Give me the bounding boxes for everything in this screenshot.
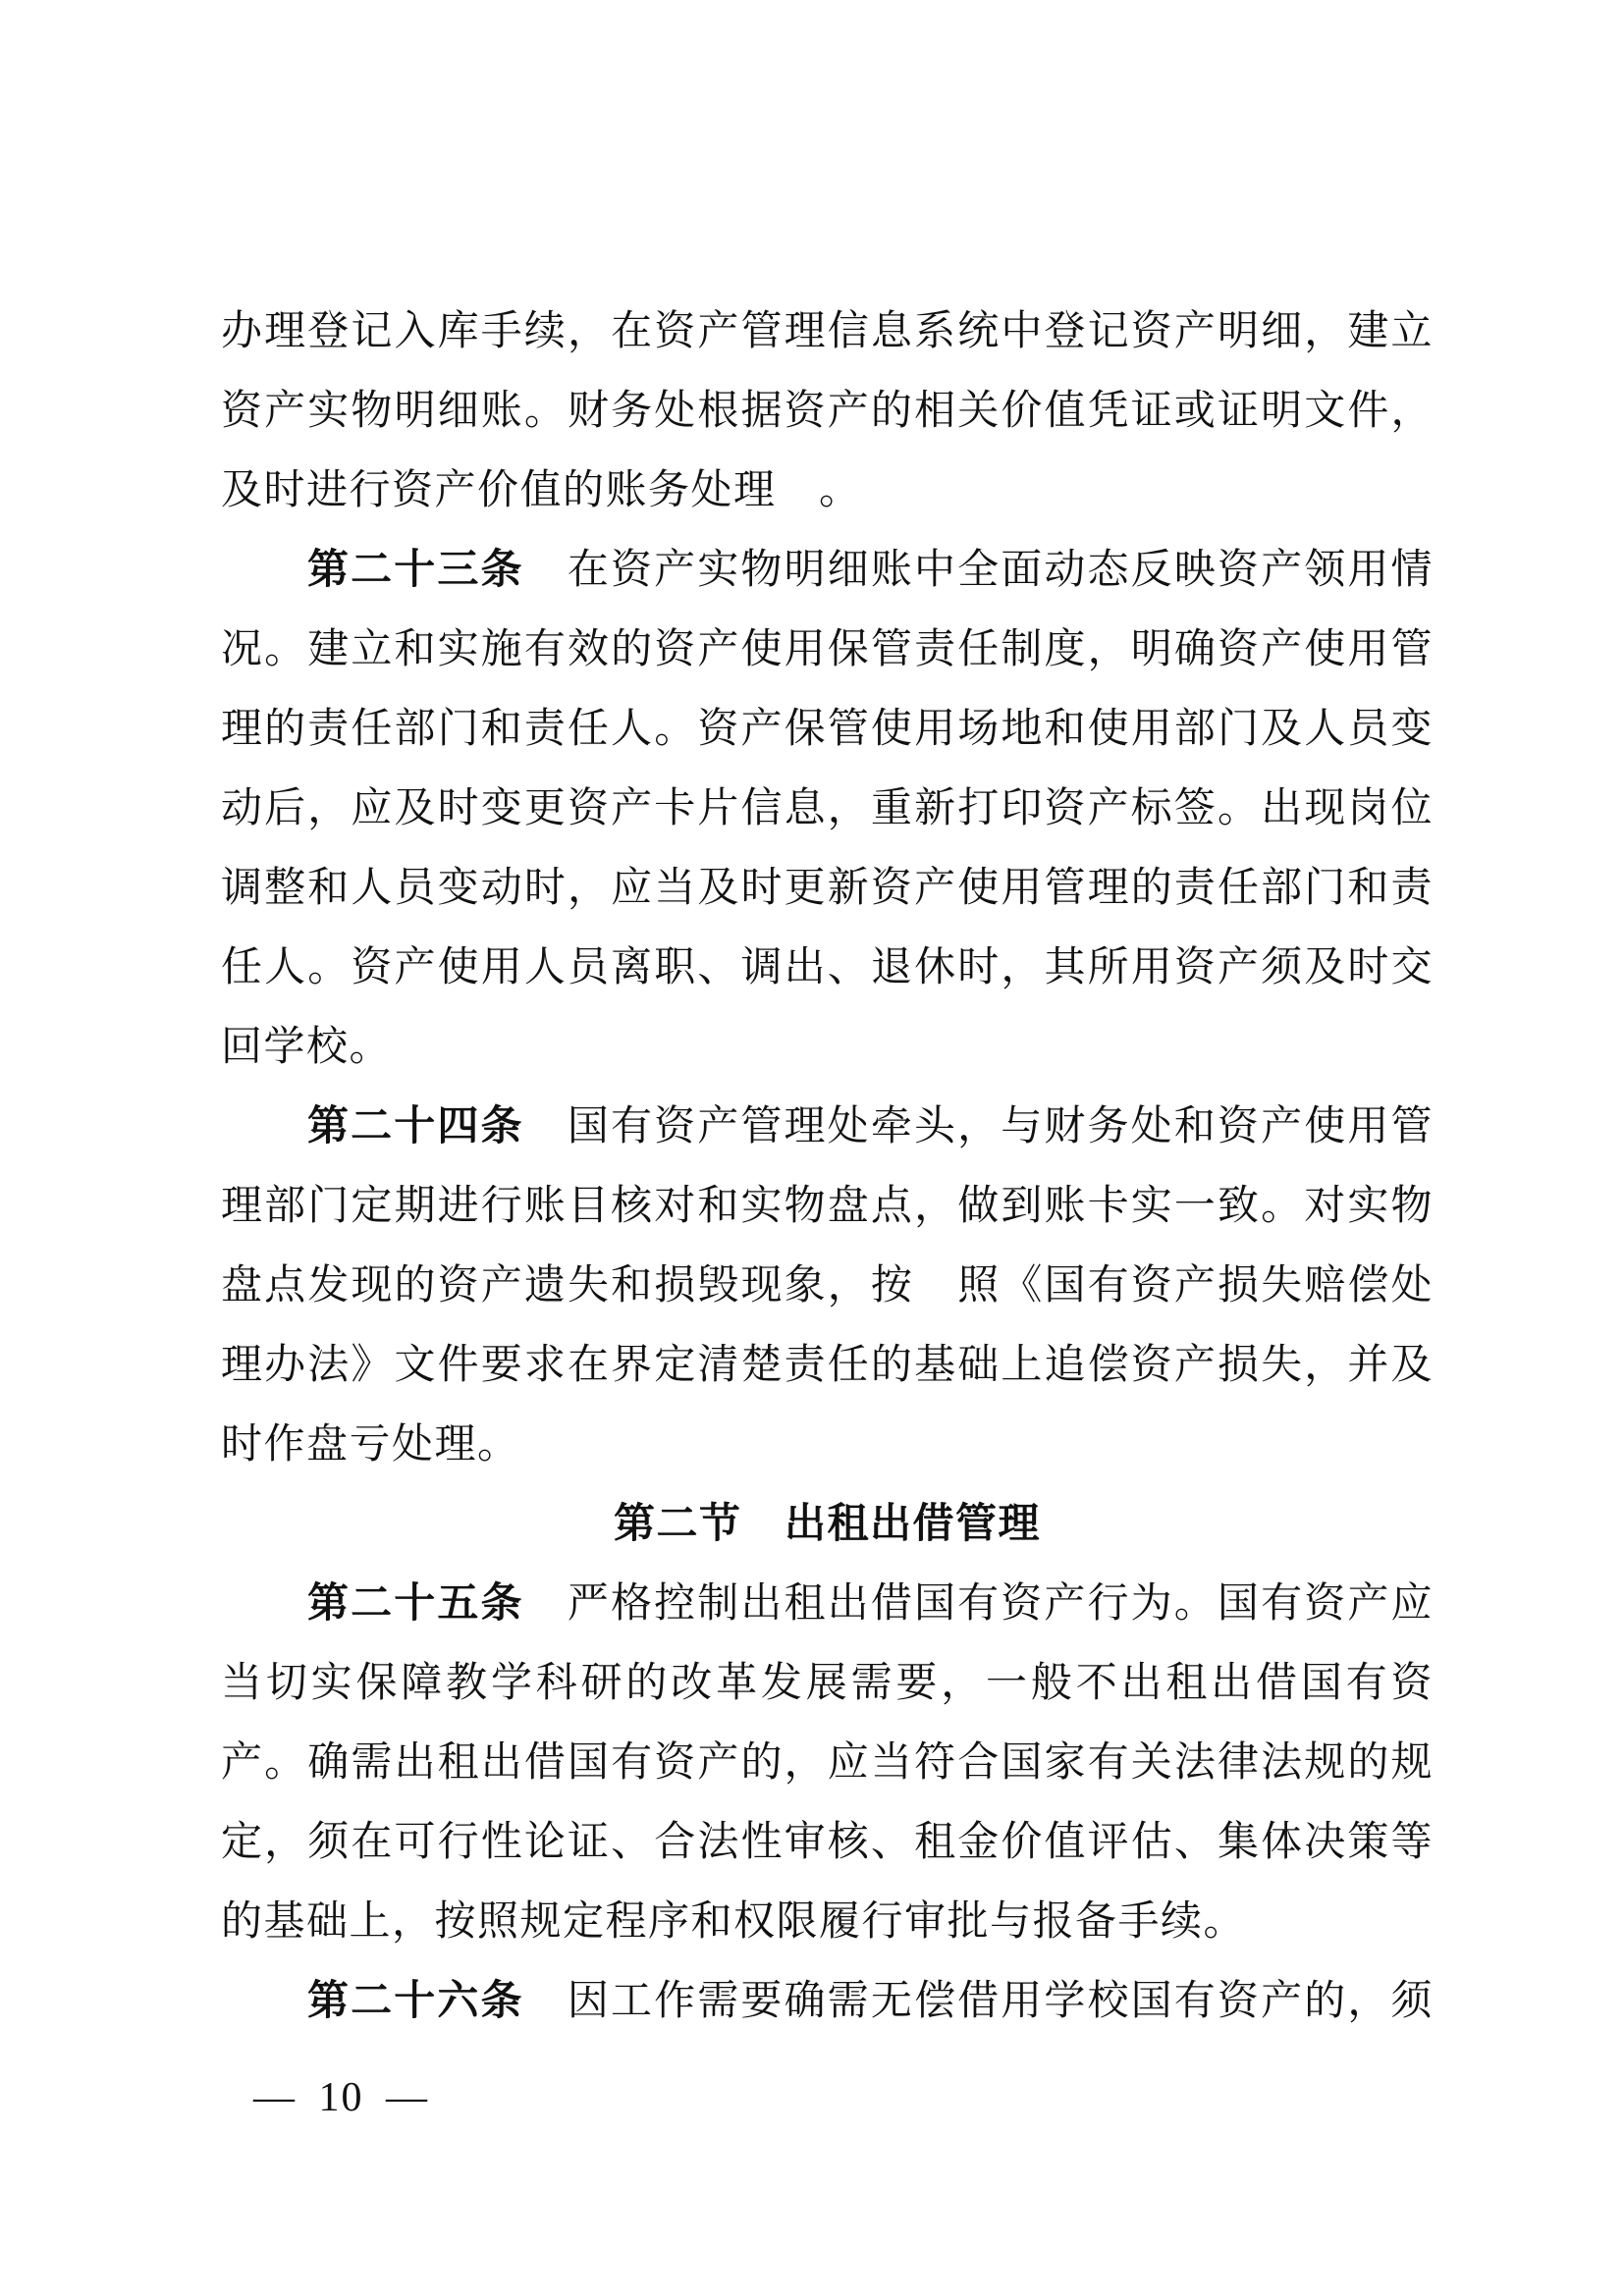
line-text: 及时进行资产价值的账务处理 。 — [221, 468, 862, 513]
line-text: 办理登记入库手续，在资产管理信息系统中登记资产明细，建立 — [221, 309, 1434, 354]
article-number: 第二十五条 — [307, 1581, 524, 1627]
line-text: 任人。资产使用人员离职、调出、退休时，其所用资产须及时交 — [221, 945, 1434, 990]
text-line: 理的责任部门和责任人。资产保管使用场地和使用部门及人员变 — [221, 690, 1434, 770]
text-line: 况。建立和实施有效的资产使用保管责任制度，明确资产使用管 — [221, 611, 1434, 690]
line-text: 盘点发现的资产遗失和损毁现象，按 照《国有资产损失赔偿处 — [221, 1263, 1434, 1308]
line-text: 在资产实物明细账中全面动态反映资产领用情 — [524, 548, 1434, 593]
line-text: 当切实保障教学科研的改革发展需要，一般不出租出借国有资 — [221, 1661, 1434, 1706]
text-line: 的基础上，按照规定程序和权限履行审批与报备手续。 — [221, 1883, 1434, 1962]
article-number: 第二十三条 — [307, 548, 524, 593]
section-heading-text: 第二节 出租出借管理 — [614, 1502, 1041, 1547]
line-text: 定，须在可行性论证、合法性审核、租金价值评估、集体决策等 — [221, 1820, 1434, 1865]
line-text: 调整和人员变动时，应当及时更新资产使用管理的责任部门和责 — [221, 866, 1434, 911]
text-line: 第二十五条 严格控制出租出借国有资产行为。国有资产应 — [221, 1565, 1434, 1644]
text-line: 盘点发现的资产遗失和损毁现象，按 照《国有资产损失赔偿处 — [221, 1247, 1434, 1326]
line-text: 回学校。 — [221, 1025, 392, 1070]
line-text: 时作盘亏处理。 — [221, 1422, 520, 1468]
line-text: 国有资产管理处牵头，与财务处和资产使用管 — [524, 1104, 1434, 1149]
text-line: 任人。资产使用人员离职、调出、退休时，其所用资产须及时交 — [221, 929, 1434, 1008]
line-text: 理部门定期进行账目核对和实物盘点，做到账卡实一致。对实物 — [221, 1184, 1434, 1229]
line-text: 理的责任部门和责任人。资产保管使用场地和使用部门及人员变 — [221, 707, 1434, 752]
line-text: 产。确需出租出借国有资产的，应当符合国家有关法律法规的规 — [221, 1740, 1434, 1786]
text-line: 第二十三条 在资产实物明细账中全面动态反映资产领用情 — [221, 531, 1434, 611]
line-text: 理办法》文件要求在界定清楚责任的基础上追偿资产损失，并及 — [221, 1343, 1434, 1388]
text-line: 第二十四条 国有资产管理处牵头，与财务处和资产使用管 — [221, 1088, 1434, 1167]
text-line: 当切实保障教学科研的改革发展需要，一般不出租出借国有资 — [221, 1644, 1434, 1724]
section-heading: 第二节 出租出借管理 — [221, 1485, 1434, 1565]
line-text: 动后，应及时变更资产卡片信息，重新打印资产标签。出现岗位 — [221, 786, 1434, 831]
document-body: 办理登记入库手续，在资产管理信息系统中登记资产明细，建立资产实物明细账。财务处根… — [221, 293, 1434, 2042]
document-page: 办理登记入库手续，在资产管理信息系统中登记资产明细，建立资产实物明细账。财务处根… — [0, 0, 1624, 2296]
article-number: 第二十六条 — [307, 1979, 524, 2024]
text-line: 及时进行资产价值的账务处理 。 — [221, 452, 1434, 531]
text-line: 定，须在可行性论证、合法性审核、租金价值评估、集体决策等 — [221, 1803, 1434, 1883]
text-line: 理办法》文件要求在界定清楚责任的基础上追偿资产损失，并及 — [221, 1326, 1434, 1406]
text-line: 时作盘亏处理。 — [221, 1406, 1434, 1485]
text-line: 办理登记入库手续，在资产管理信息系统中登记资产明细，建立 — [221, 293, 1434, 372]
text-line: 调整和人员变动时，应当及时更新资产使用管理的责任部门和责 — [221, 849, 1434, 929]
text-line: 第二十六条 因工作需要确需无偿借用学校国有资产的，须 — [221, 1962, 1434, 2042]
text-line: 资产实物明细账。财务处根据资产的相关价值凭证或证明文件， — [221, 372, 1434, 452]
text-line: 动后，应及时变更资产卡片信息，重新打印资产标签。出现岗位 — [221, 770, 1434, 849]
line-text: 资产实物明细账。财务处根据资产的相关价值凭证或证明文件， — [221, 389, 1434, 434]
text-line: 产。确需出租出借国有资产的，应当符合国家有关法律法规的规 — [221, 1724, 1434, 1803]
text-line: 理部门定期进行账目核对和实物盘点，做到账卡实一致。对实物 — [221, 1167, 1434, 1247]
article-number: 第二十四条 — [307, 1104, 524, 1149]
line-text: 因工作需要确需无偿借用学校国有资产的，须 — [524, 1979, 1434, 2024]
page-number: — 10 — — [253, 2058, 429, 2138]
line-text: 况。建立和实施有效的资产使用保管责任制度，明确资产使用管 — [221, 627, 1434, 672]
text-line: 回学校。 — [221, 1008, 1434, 1088]
line-text: 严格控制出租出借国有资产行为。国有资产应 — [524, 1581, 1434, 1627]
line-text: 的基础上，按照规定程序和权限履行审批与报备手续。 — [221, 1899, 1246, 1945]
